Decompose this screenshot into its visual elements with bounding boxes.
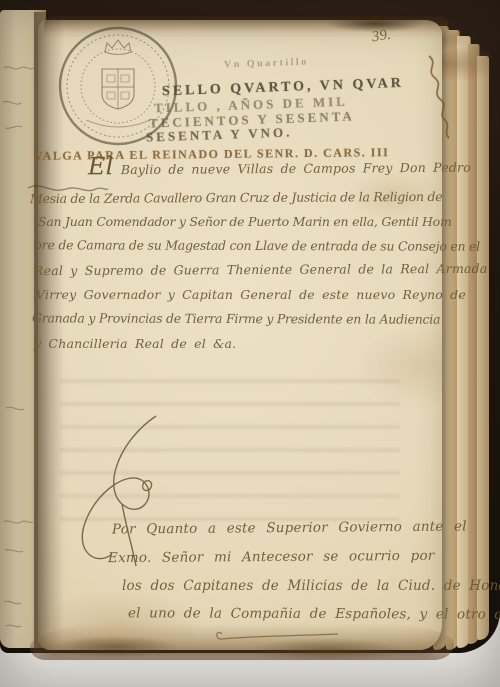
manuscript-line: Virrey Governador y Capitan General de e… — [36, 287, 466, 302]
manuscript-line: y Chancilleria Real de el &a. — [34, 336, 236, 351]
manuscript-line: Real y Supremo de Guerra Theniente Gener… — [34, 261, 488, 278]
calligraphic-flourish — [52, 408, 184, 568]
calligraphic-initial: El — [88, 152, 114, 180]
manuscript-line-text: Baylio de nueve Villas de Campos Frey Do… — [121, 160, 471, 177]
closing-underline-flourish — [212, 626, 342, 640]
manuscript-line: Por Quanto a este Superior Govierno ante… — [112, 518, 467, 537]
manuscript-line: El Baylio de nueve Villas de Campos Frey… — [88, 159, 471, 178]
manuscript-photo: 39. Vn Quartillo SELLO QVARTO, VN QVAR T… — [0, 0, 500, 687]
manuscript-line: Exmo. Señor mi Antecesor se ocurrio por — [108, 548, 435, 566]
folio-number: 39. — [371, 27, 392, 47]
page-edge-6 — [477, 56, 489, 640]
manuscript-line: los dos Capitanes de Milicias de la Ciud… — [122, 578, 500, 594]
margin-rubric-mark — [405, 52, 451, 144]
manuscript-line: bre de Camara de su Magestad con Llave d… — [34, 237, 480, 254]
manuscript-line: Mesia de la Zerda Cavallero Gran Cruz de… — [30, 189, 442, 206]
manuscript-line: Granada y Provincias de Tierra Firme y P… — [32, 310, 440, 326]
manuscript-line: el uno de la Compañia de Españoles, y el… — [128, 605, 500, 622]
manuscript-line: San Juan Comendador y Señor de Puerto Ma… — [38, 214, 452, 229]
